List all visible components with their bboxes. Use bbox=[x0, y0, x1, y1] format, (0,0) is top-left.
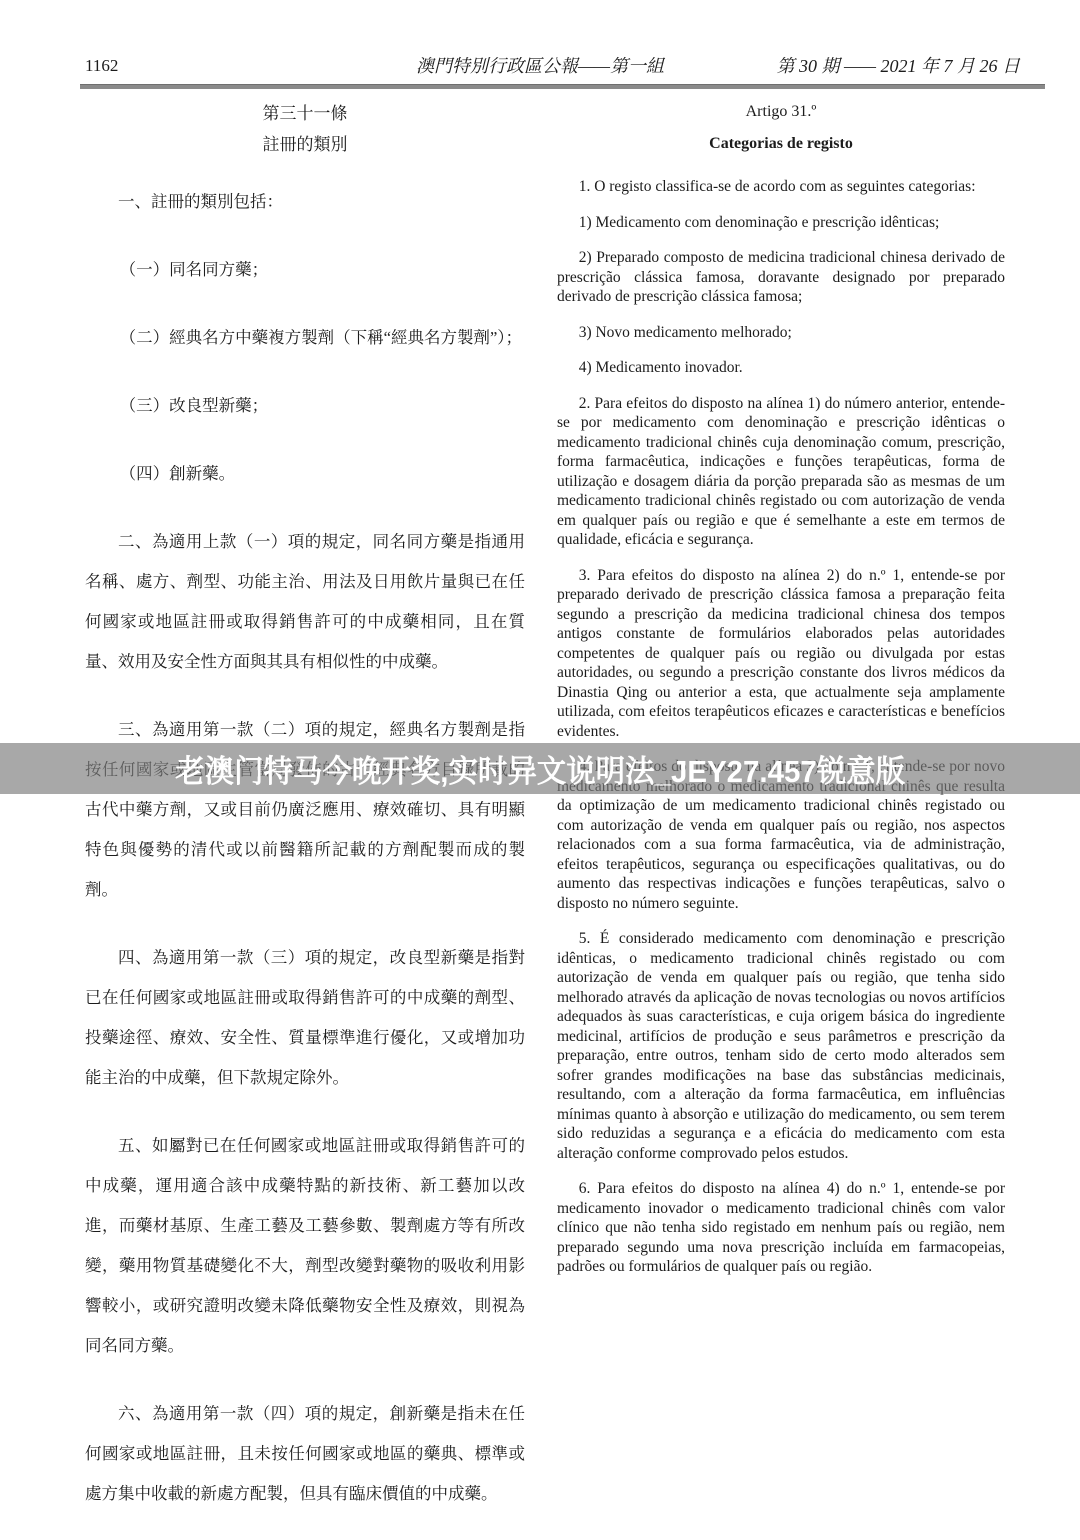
zh-paragraph: 二、為適用上款（一）項的規定，同名同方藥是指通用名稱、處方、劑型、功能主治、用法… bbox=[85, 522, 525, 682]
zh-list-item: （四）創新藥。 bbox=[85, 454, 525, 494]
pt-list-item: 4) Medicamento inovador. bbox=[557, 358, 1005, 378]
zh-list-item: （一）同名同方藥； bbox=[85, 250, 525, 290]
article-title-zh: 註冊的類別 bbox=[85, 129, 525, 160]
pt-paragraph: 2. Para efeitos do disposto na alínea 1)… bbox=[557, 394, 1005, 550]
zh-paragraph: 一、註冊的類別包括： bbox=[85, 182, 525, 222]
zh-paragraph: 五、如屬對已在任何國家或地區註冊或取得銷售許可的中成藥，運用適合該中成藥特點的新… bbox=[85, 1126, 525, 1366]
pt-list-item: 2) Preparado composto de medicina tradic… bbox=[557, 248, 1005, 307]
pt-paragraph: 5. É considerado medicamento com denomin… bbox=[557, 929, 1005, 1163]
zh-list-item: （二）經典名方中藥複方製劑（下稱“經典名方製劑”）； bbox=[85, 318, 525, 358]
zh-paragraph: 三、為適用第一款（二）項的規定，經典名方製劑是指按任何國家或地區主管當局發佈的古… bbox=[85, 710, 525, 910]
article-title-pt: Categorias de registo bbox=[557, 131, 1005, 157]
portuguese-column: Artigo 31.º Categorias de registo 1. O r… bbox=[557, 96, 1005, 1277]
watermark-text: 老澳门特马今晚开奖,实时异文说明法_JEY27.457锐意版 bbox=[175, 746, 905, 791]
zh-list-item: （三）改良型新藥； bbox=[85, 386, 525, 426]
article-number-zh: 第三十一條 bbox=[85, 96, 525, 129]
zh-paragraph: 四、為適用第一款（三）項的規定，改良型新藥是指對已在任何國家或地區註冊或取得銷售… bbox=[85, 938, 525, 1098]
watermark-band: 老澳门特马今晚开奖,实时异文说明法_JEY27.457锐意版 bbox=[0, 743, 1080, 794]
gazette-page: { "header": { "page_number": "1162", "pu… bbox=[0, 0, 1080, 1540]
article-number-pt: Artigo 31.º bbox=[557, 96, 1005, 125]
chinese-column: 第三十一條 註冊的類別 一、註冊的類別包括： （一）同名同方藥； （二）經典名方… bbox=[85, 96, 525, 1514]
pt-paragraph: 6. Para efeitos do disposto na alínea 4)… bbox=[557, 1179, 1005, 1277]
pt-list-item: 3) Novo medicamento melhorado; bbox=[557, 323, 1005, 343]
pt-paragraph: 1. O registo classifica-se de acordo com… bbox=[557, 177, 1005, 197]
pt-list-item: 1) Medicamento com denominação e prescri… bbox=[557, 213, 1005, 233]
issue-and-date: 第 30 期 —— 2021 年 7 月 26 日 bbox=[776, 54, 1020, 78]
pt-paragraph: 3. Para efeitos do disposto na alínea 2)… bbox=[557, 566, 1005, 742]
header-rule bbox=[80, 84, 1045, 89]
zh-paragraph: 六、為適用第一款（四）項的規定，創新藥是指未在任何國家或地區註冊，且未按任何國家… bbox=[85, 1394, 525, 1514]
